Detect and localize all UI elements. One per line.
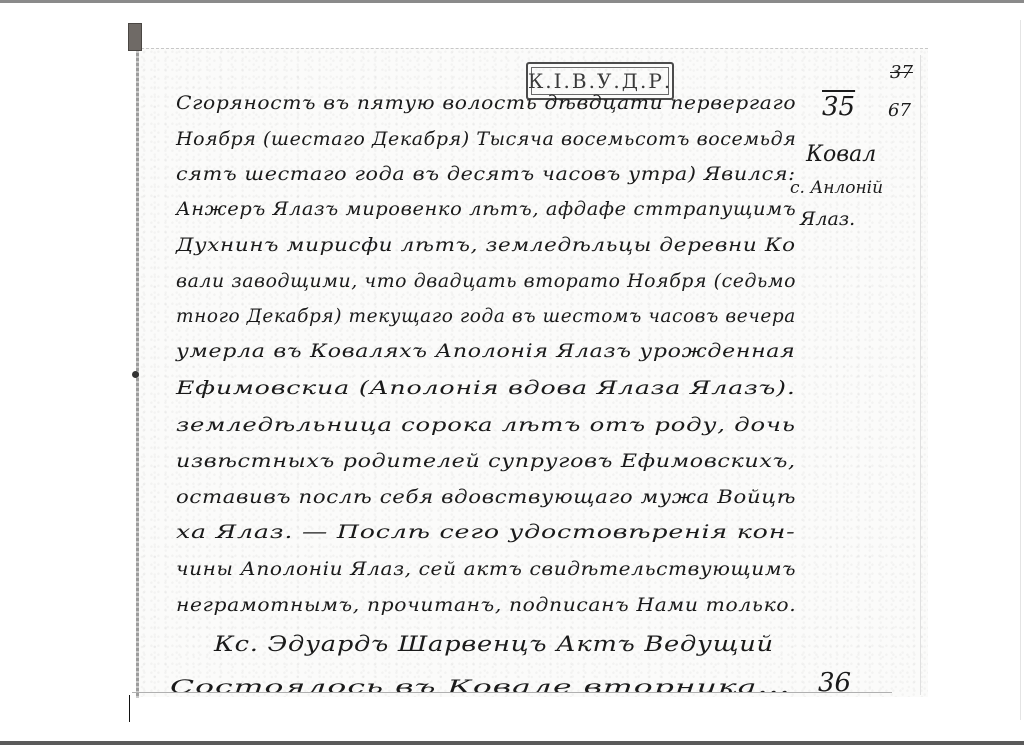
scan-top-edge [0, 0, 1024, 3]
archive-stamp-text: К.І.В.У.Д.Р. [528, 69, 672, 93]
crop-mark [129, 695, 130, 722]
handwritten-line: ха Ялаз. — Послѣ сего удостовѣренія кон- [176, 521, 796, 543]
scan-right-edge [1020, 20, 1021, 720]
entry-number: 35 [822, 92, 855, 122]
handwritten-line: земледѣльница сорока лѣтъ отъ роду, дочь [176, 414, 796, 436]
priest-signature: Кс. Эдуардъ Шарвенцъ Актъ Ведущий [214, 632, 774, 656]
margin-surname: Ковал [806, 142, 876, 167]
binding-tab [128, 23, 142, 51]
handwritten-line: Анжеръ Ялазъ мировенко лѣтъ, афдафе сттр… [176, 198, 796, 220]
handwritten-line: чины Аполоніи Ялаз, сей актъ свидѣтельст… [176, 558, 796, 580]
handwritten-line: Сгоряностъ въ пятую волость дѣвдцати пер… [176, 92, 796, 114]
scan-bottom-edge [0, 741, 1024, 745]
handwritten-line: неграмотнымъ, прочитанъ, подписанъ Нами … [176, 594, 796, 616]
handwritten-line: тного Декабря) текущаго года въ шестомъ … [176, 305, 796, 327]
handwritten-line: Ноября (шестаго Декабря) Тысяча восемьсо… [176, 128, 796, 150]
next-entry-line: Состоялось въ Ковале вторника... [170, 676, 791, 692]
handwritten-line: Ефимовскиа (Аполонія вдова Ялаза Ялазъ). [176, 377, 796, 399]
page-number: 37 [890, 62, 913, 83]
entry-sub-number: 67 [888, 100, 911, 121]
handwritten-line: извѣстныхъ родителей супруговъ Ефимовски… [176, 450, 796, 472]
handwritten-line: Духнинъ мирисфи лѣтъ, земледѣльцы деревн… [176, 234, 796, 256]
margin-given-name: с. Анлоній [790, 178, 883, 198]
page-right-border [920, 55, 921, 695]
handwritten-line: вали заводщими, что двадцать вторато Ноя… [176, 270, 796, 292]
page-bottom-border [132, 692, 892, 693]
margin-surname-2: Ялаз. [800, 208, 855, 230]
handwritten-line: оставивъ послѣ себя вдовствующаго мужа В… [176, 486, 796, 508]
handwritten-line: умерла въ Коваляхъ Аполонія Ялазъ урожде… [176, 340, 795, 362]
binding-hole [132, 371, 139, 378]
next-entry-number: 36 [818, 668, 851, 692]
handwritten-line: сятъ шестаго года въ десятъ часовъ утра)… [176, 163, 796, 185]
